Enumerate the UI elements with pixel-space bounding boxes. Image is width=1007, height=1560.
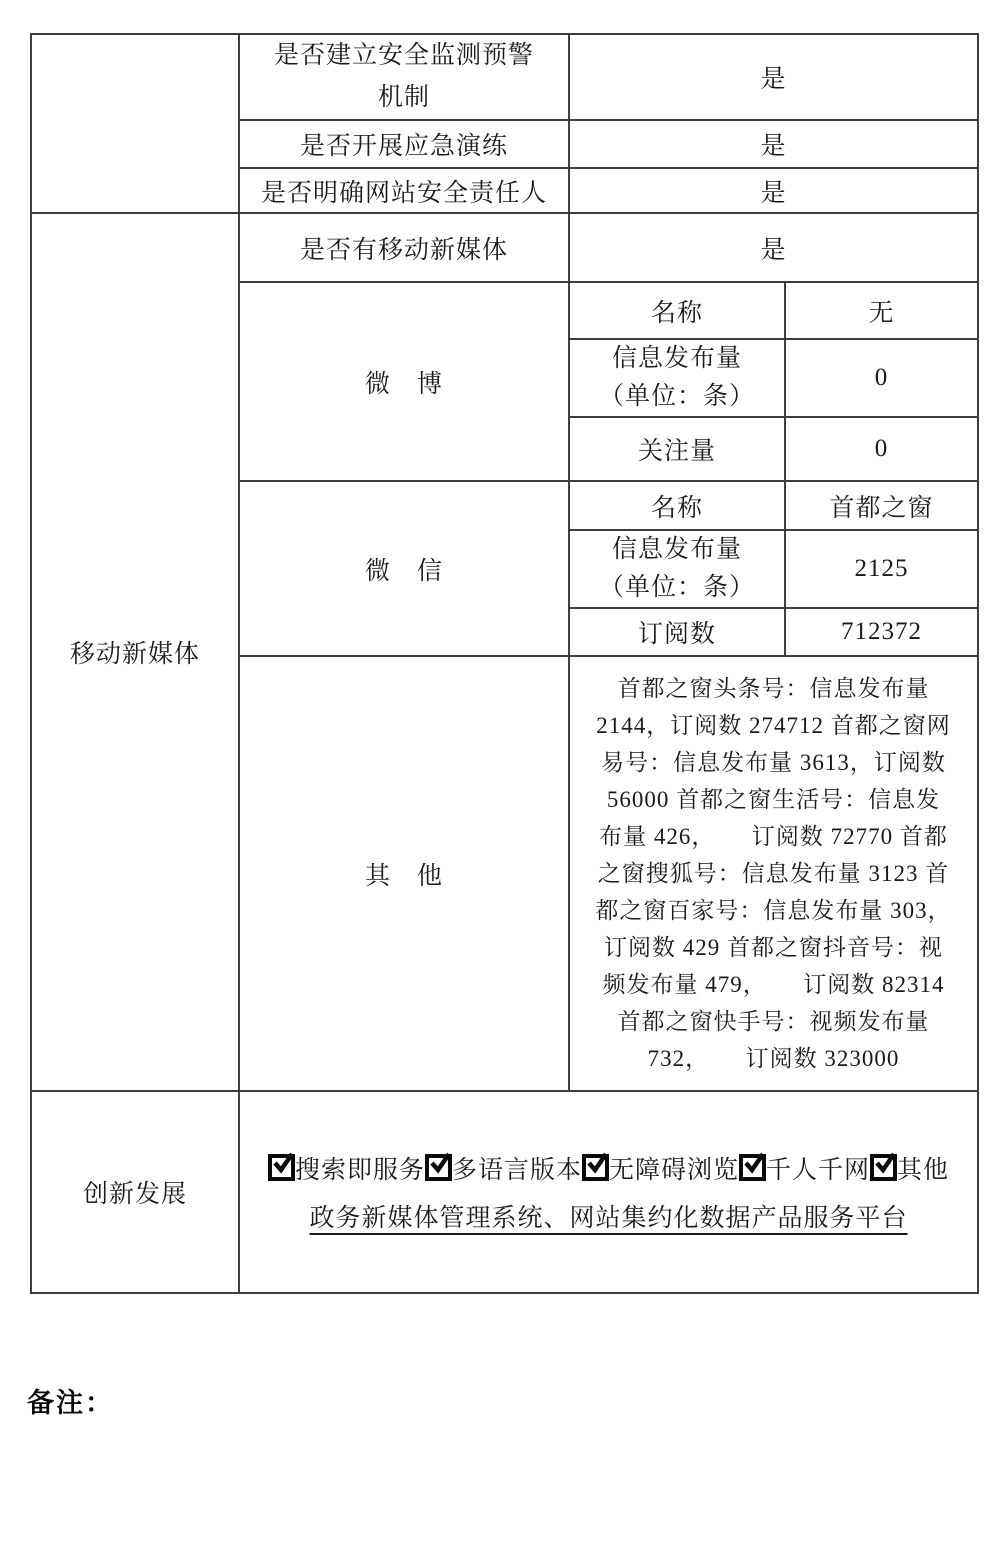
row-label-line: 信息发布量 xyxy=(574,340,780,378)
innovation-note: 政务新媒体管理系统、网站集约化数据产品服务平台 xyxy=(310,1198,908,1234)
row-label-line: 信息发布量 xyxy=(574,531,780,569)
table-row: 是否建立安全监测预警 机制 是 xyxy=(31,34,978,120)
innovation-option-other: 其他 xyxy=(870,1150,949,1186)
row-label-has-mobile-media: 是否有移动新媒体 xyxy=(239,213,569,282)
checkbox-label: 其他 xyxy=(897,1157,949,1184)
innovation-content: 搜索即服务多语言版本无障碍浏览千人千网其他 政务新媒体管理系统、网站集约化数据产… xyxy=(239,1091,978,1293)
other-media-line: 56000 首都之窗生活号：信息发 xyxy=(574,781,973,818)
checkbox-label: 无障碍浏览 xyxy=(609,1157,739,1184)
checkbox-label: 搜索即服务 xyxy=(295,1157,425,1184)
innovation-option-multilang: 多语言版本 xyxy=(425,1150,582,1186)
section-header-innovation: 创新发展 xyxy=(31,1091,239,1293)
other-media-line: 首都之窗头条号：信息发布量 xyxy=(574,670,973,707)
other-media-line: 布量 426， 订阅数 72770 首都 xyxy=(574,818,973,855)
other-media-line: 都之窗百家号：信息发布量 303， xyxy=(574,892,973,929)
group-label-weibo: 微 博 xyxy=(239,282,569,481)
row-value-emergency-drill: 是 xyxy=(569,120,978,168)
row-label-line: 是否建立安全监测预警 xyxy=(244,35,564,77)
row-label-line: （单位：条） xyxy=(574,569,780,607)
report-page: 是否建立安全监测预警 机制 是 是否开展应急演练 是 是否明确网站安全责任人 是… xyxy=(0,0,1007,1560)
checkbox-checked-icon xyxy=(425,1154,452,1181)
group-label-other: 其 他 xyxy=(239,656,569,1091)
other-media-line: 易号：信息发布量 3613，订阅数 xyxy=(574,744,973,781)
row-label-emergency-drill: 是否开展应急演练 xyxy=(239,120,569,168)
checkbox-checked-icon xyxy=(582,1154,609,1181)
row-label-security-officer: 是否明确网站安全责任人 xyxy=(239,168,569,213)
remark-label: 备注： xyxy=(27,1381,114,1420)
section-header-mobile-media: 移动新媒体 xyxy=(31,213,239,1091)
wechat-publish-label: 信息发布量 （单位：条） xyxy=(569,530,785,608)
wechat-subscribers-label: 订阅数 xyxy=(569,608,785,656)
checkbox-checked-icon xyxy=(870,1154,897,1181)
other-media-line: 订阅数 429 首都之窗抖音号：视 xyxy=(574,929,973,966)
other-media-line: 之窗搜狐号：信息发布量 3123 首 xyxy=(574,855,973,892)
table-row: 移动新媒体 是否有移动新媒体 是 xyxy=(31,213,978,282)
innovation-option-personalized: 千人千网 xyxy=(739,1150,870,1186)
innovation-option-search: 搜索即服务 xyxy=(268,1150,425,1186)
annual-report-table: 是否建立安全监测预警 机制 是 是否开展应急演练 是 是否明确网站安全责任人 是… xyxy=(30,33,979,1294)
wechat-name-value: 首都之窗 xyxy=(785,481,978,530)
wechat-subscribers-value: 712372 xyxy=(785,608,978,656)
checkbox-checked-icon xyxy=(739,1154,766,1181)
weibo-publish-value: 0 xyxy=(785,339,978,417)
other-media-line: 732， 订阅数 323000 xyxy=(574,1040,973,1077)
innovation-option-accessibility: 无障碍浏览 xyxy=(582,1150,739,1186)
row-value-has-mobile-media: 是 xyxy=(569,213,978,282)
other-media-line: 频发布量 479， 订阅数 82314 xyxy=(574,966,973,1003)
weibo-publish-label: 信息发布量 （单位：条） xyxy=(569,339,785,417)
table-row: 创新发展 搜索即服务多语言版本无障碍浏览千人千网其他 政务新媒体管理系统、网站集… xyxy=(31,1091,978,1293)
weibo-followers-value: 0 xyxy=(785,417,978,481)
row-label-line: （单位：条） xyxy=(574,378,780,416)
wechat-name-label: 名称 xyxy=(569,481,785,530)
other-media-line: 2144，订阅数 274712 首都之窗网 xyxy=(574,707,973,744)
weibo-followers-label: 关注量 xyxy=(569,417,785,481)
group-label-wechat: 微 信 xyxy=(239,481,569,656)
row-label-line: 机制 xyxy=(244,77,564,119)
row-value-security-officer: 是 xyxy=(569,168,978,213)
other-media-line: 首都之窗快手号：视频发布量 xyxy=(574,1003,973,1040)
row-label-security-monitor: 是否建立安全监测预警 机制 xyxy=(239,34,569,120)
innovation-checkbox-line: 搜索即服务多语言版本无障碍浏览千人千网其他 xyxy=(268,1150,949,1186)
checkbox-label: 多语言版本 xyxy=(452,1157,582,1184)
weibo-name-value: 无 xyxy=(785,282,978,339)
other-media-details: 首都之窗头条号：信息发布量 2144，订阅数 274712 首都之窗网 易号：信… xyxy=(569,656,978,1091)
checkbox-label: 千人千网 xyxy=(766,1157,870,1184)
wechat-publish-value: 2125 xyxy=(785,530,978,608)
row-value-security-monitor: 是 xyxy=(569,34,978,120)
weibo-name-label: 名称 xyxy=(569,282,785,339)
checkbox-checked-icon xyxy=(268,1154,295,1181)
section-header-empty xyxy=(31,34,239,213)
